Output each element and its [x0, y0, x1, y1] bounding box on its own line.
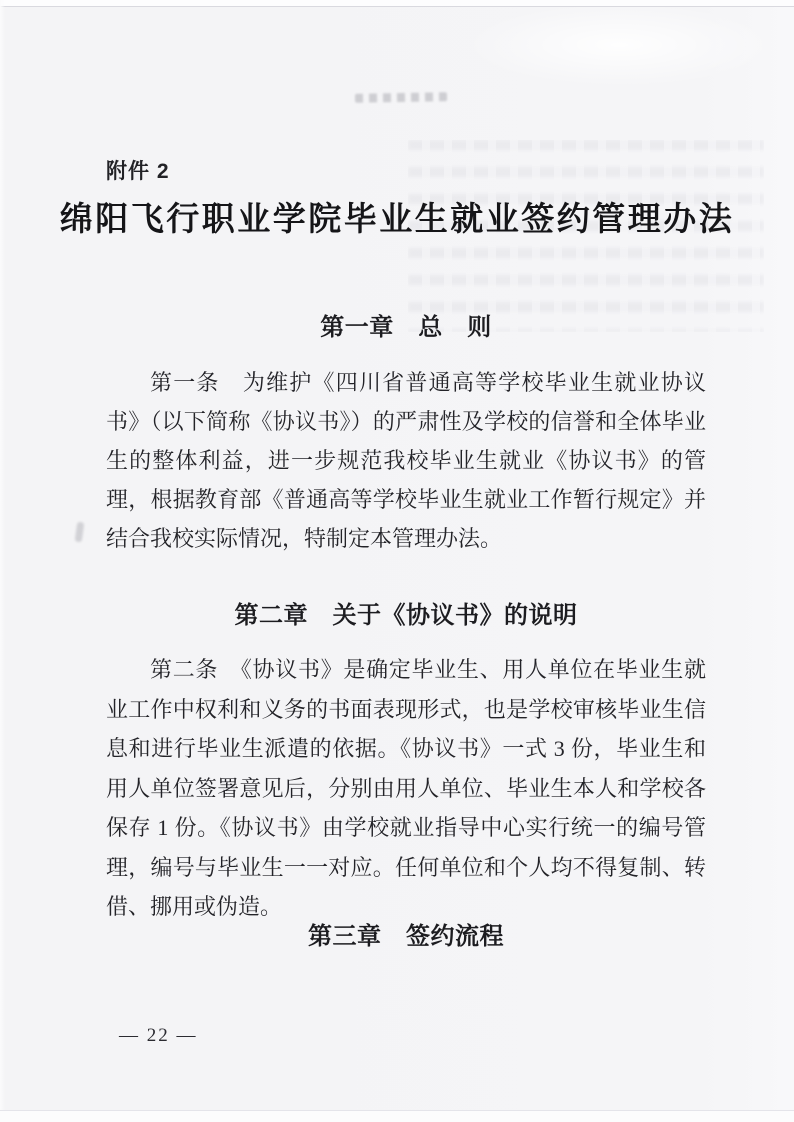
- paragraph-article-2: 第二条 《协议书》是确定毕业生、用人单位在毕业生就业工作中权利和义务的书面表现形…: [106, 650, 706, 927]
- chapter-1-heading: 第一章 总 则: [106, 313, 706, 343]
- paragraph-article-1: 第一条 为维护《四川省普通高等学校毕业生就业协议书》（以下简称《协议书》）的严肃…: [106, 363, 706, 558]
- attachment-label: 附件 2: [106, 158, 170, 186]
- scan-left-edge: [0, 0, 5, 1122]
- document-title: 绵阳飞行职业学院毕业生就业签约管理办法: [0, 197, 794, 241]
- scan-bottom-edge: [0, 1110, 794, 1122]
- page-number: — 22 —: [119, 1024, 198, 1048]
- scan-smudge-mark: [355, 92, 447, 103]
- scan-smudge-mark: [75, 522, 85, 543]
- document-page: 附件 2 绵阳飞行职业学院毕业生就业签约管理办法 第一章 总 则 第一条 为维护…: [0, 0, 794, 1122]
- chapter-3-heading: 第三章 签约流程: [106, 922, 706, 952]
- chapter-2-heading: 第二章 关于《协议书》的说明: [106, 601, 706, 631]
- scan-top-edge: [0, 0, 794, 7]
